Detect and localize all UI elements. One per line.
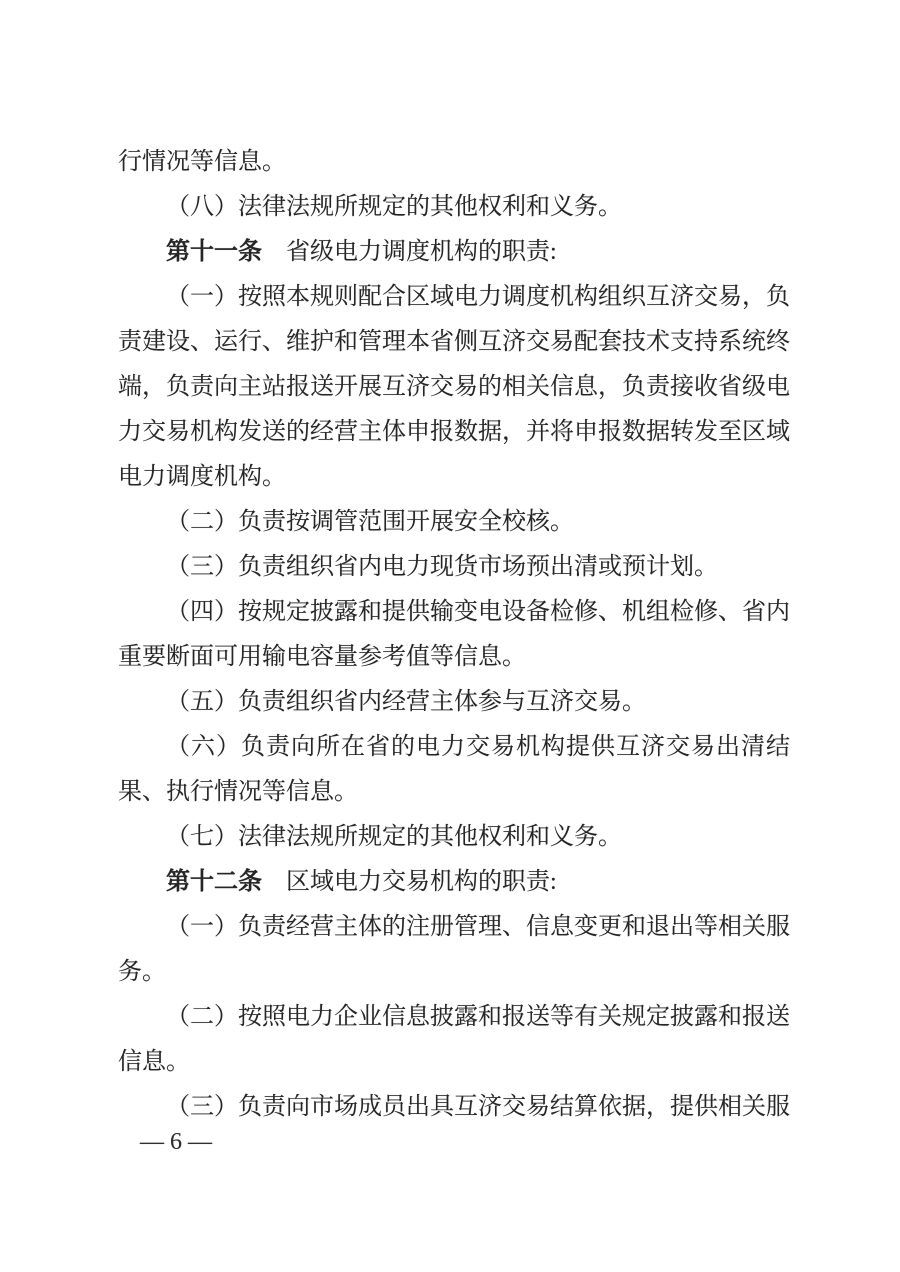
document-page: 行情况等信息。 （八）法律法规所规定的其他权利和义务。 第十一条 省级电力调度机… <box>0 0 900 1272</box>
article-11-item-5: （五）负责组织省内经营主体参与互济交易。 <box>118 680 790 725</box>
list-item-8: （八）法律法规所规定的其他权利和义务。 <box>118 185 790 230</box>
article-11-item-1: （一）按照本规则配合区域电力调度机构组织互济交易，负责建设、运行、维护和管理本省… <box>118 275 790 500</box>
article-11-title: 省级电力调度机构的职责: <box>262 239 557 265</box>
article-12-title: 区域电力交易机构的职责: <box>262 869 557 895</box>
article-11-number: 第十一条 <box>166 239 262 265</box>
article-11-item-3: （三）负责组织省内电力现货市场预出清或预计划。 <box>118 545 790 590</box>
article-11-item-7: （七）法律法规所规定的其他权利和义务。 <box>118 815 790 860</box>
article-12-heading: 第十二条 区域电力交易机构的职责: <box>118 860 790 905</box>
article-11-item-4: （四）按规定披露和提供输变电设备检修、机组检修、省内重要断面可用输电容量参考值等… <box>118 590 790 680</box>
article-11-heading: 第十一条 省级电力调度机构的职责: <box>118 230 790 275</box>
page-number: — 6 — <box>140 1127 212 1157</box>
article-11-item-2: （二）负责按调管范围开展安全校核。 <box>118 500 790 545</box>
article-12-item-3: （三）负责向市场成员出具互济交易结算依据，提供相关服 <box>118 1085 790 1130</box>
article-12-number: 第十二条 <box>166 869 262 895</box>
paragraph-continuation: 行情况等信息。 <box>118 140 790 185</box>
article-12-item-1: （一）负责经营主体的注册管理、信息变更和退出等相关服务。 <box>118 905 790 995</box>
document-body: 行情况等信息。 （八）法律法规所规定的其他权利和义务。 第十一条 省级电力调度机… <box>118 140 790 1130</box>
article-12-item-2: （二）按照电力企业信息披露和报送等有关规定披露和报送信息。 <box>118 995 790 1085</box>
article-11-item-6: （六）负责向所在省的电力交易机构提供互济交易出清结果、执行情况等信息。 <box>118 725 790 815</box>
